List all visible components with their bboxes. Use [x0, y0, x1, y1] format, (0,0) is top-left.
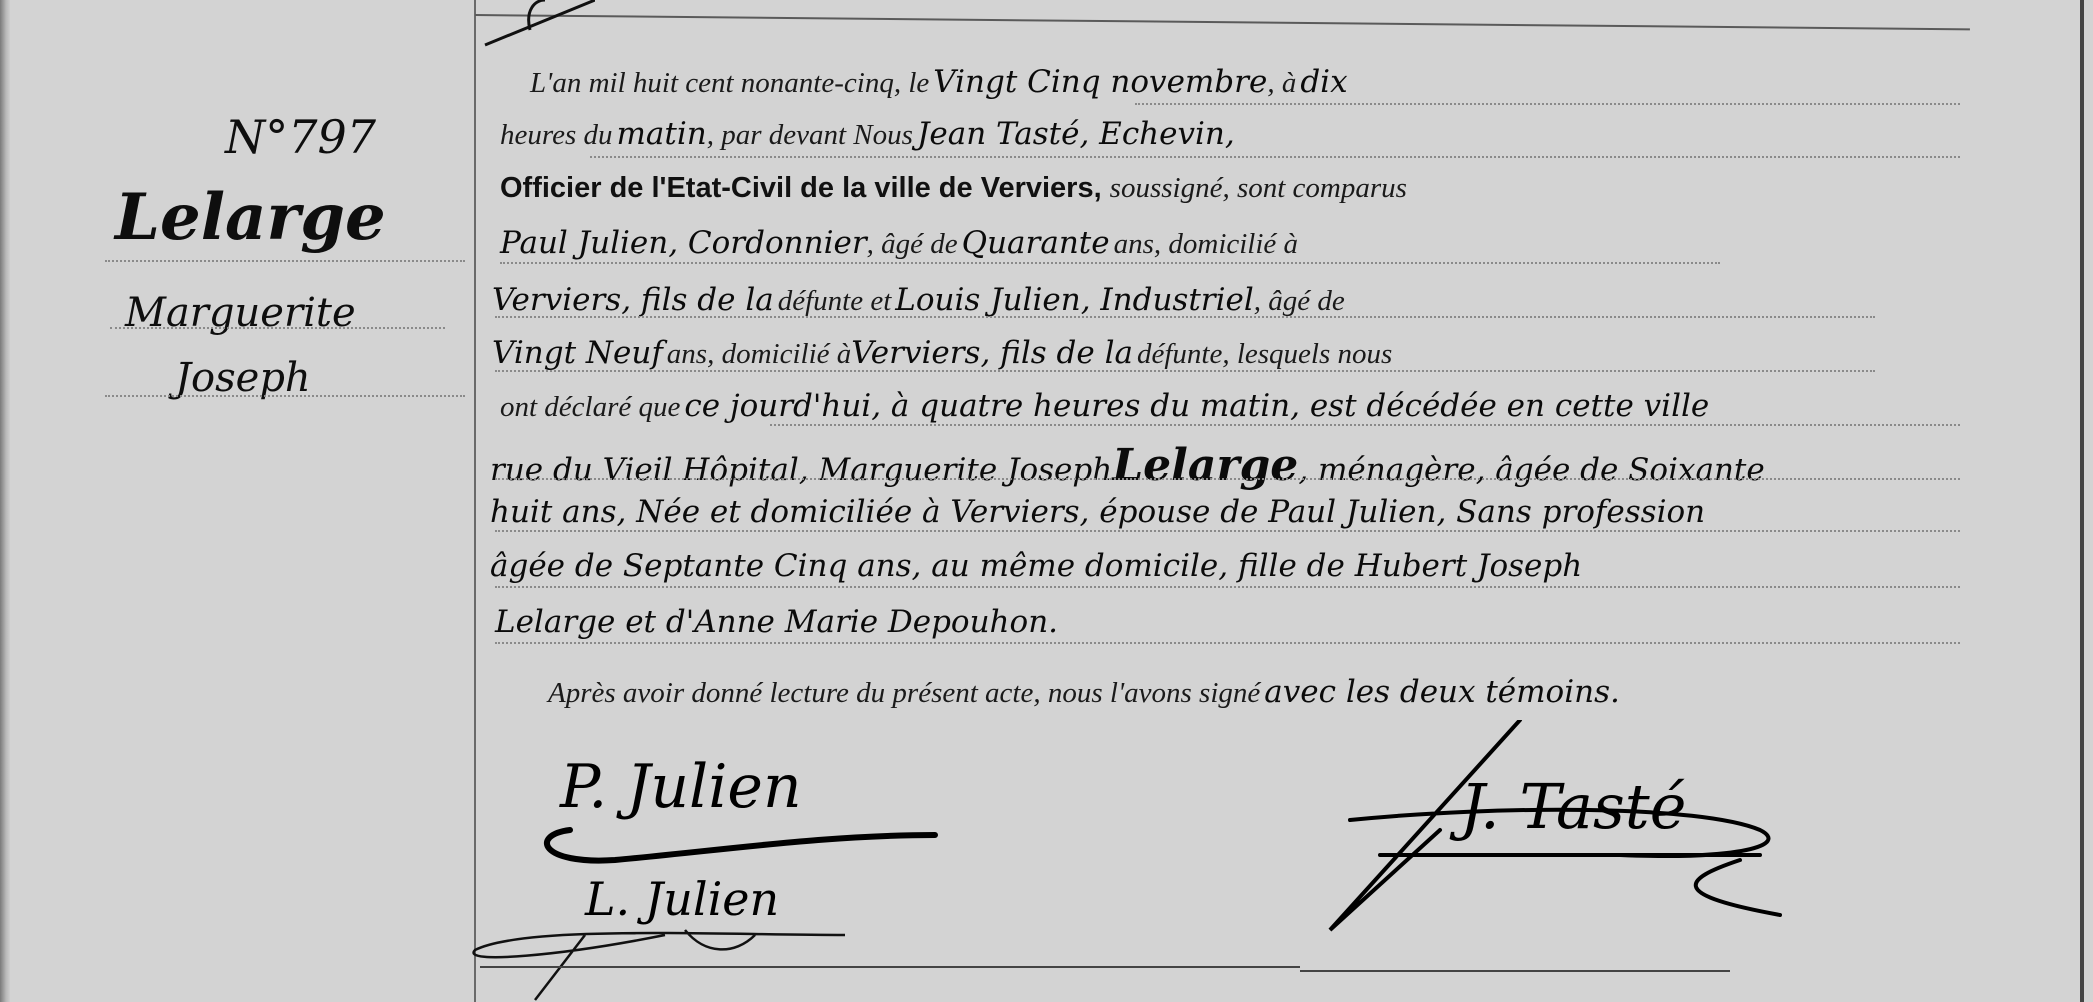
- signature-loop-flourish: [465, 895, 865, 1002]
- dotted-rule: [590, 156, 1960, 158]
- officer-title: Officier de l'Etat-Civil de la ville de …: [500, 172, 1102, 204]
- page-right-border: [2080, 0, 2084, 1002]
- dotted-rule: [495, 586, 1960, 588]
- dotted-rule: [110, 327, 445, 329]
- record-line-11: Lelarge et d'Anne Marie Depouhon.: [495, 604, 1058, 640]
- signature-baseline-right: [1300, 970, 1730, 972]
- dotted-rule: [1135, 103, 1960, 105]
- signature-underline-flourish: [525, 800, 945, 870]
- dotted-rule: [105, 260, 465, 262]
- dotted-rule: [495, 530, 1960, 532]
- dotted-rule: [105, 395, 465, 397]
- previous-record-end-line: [475, 14, 1970, 30]
- signature-taste-flourish: [1320, 720, 1840, 950]
- closing-statement: Après avoir donné lecture du présent act…: [548, 674, 1620, 710]
- record-line-7: ont déclaré que ce jourd'hui, à quatre h…: [500, 388, 1709, 424]
- margin-surname: Lelarge: [115, 180, 386, 255]
- dotted-rule: [495, 642, 1960, 644]
- acte-number: N°797: [225, 110, 376, 164]
- signature-baseline-left: [480, 966, 1300, 968]
- declarant-1: Paul Julien, Cordonnier: [500, 225, 867, 261]
- dotted-rule: [500, 262, 1720, 264]
- handwritten-officer: Jean Tasté, Echevin,: [917, 116, 1235, 152]
- dotted-rule: [495, 478, 1960, 480]
- handwritten-time: matin: [617, 116, 707, 152]
- civil-registry-page: N°797 Lelarge Marguerite Joseph L'an mil…: [0, 0, 2093, 1002]
- record-line-3: Officier de l'Etat-Civil de la ville de …: [500, 172, 1407, 205]
- dotted-rule: [770, 424, 1960, 426]
- declarant-1-age: Quarante: [962, 225, 1110, 261]
- record-line-1: L'an mil huit cent nonante-cinq, le Ving…: [530, 64, 1348, 100]
- declarant-2: Louis Julien, Industriel: [895, 282, 1254, 318]
- handwritten-date: Vingt Cinq novembre: [933, 64, 1267, 100]
- record-line-2: heures du matin, par devant Nous Jean Ta…: [500, 116, 1235, 152]
- dotted-rule: [495, 370, 1875, 372]
- margin-given-name-1: Marguerite: [125, 290, 356, 336]
- record-line-8: rue du Vieil Hôpital, Marguerite JosephL…: [490, 440, 1765, 491]
- margin-divider-line: [474, 0, 476, 1002]
- record-line-4: Paul Julien, Cordonnier, âgé de Quarante…: [500, 225, 1298, 261]
- dotted-rule: [495, 316, 1875, 318]
- record-line-5: Verviers, fils de la défunte et Louis Ju…: [492, 282, 1345, 318]
- death-statement: ce jourd'hui, à quatre heures du matin, …: [684, 388, 1709, 424]
- deceased-surname: Lelarge: [1112, 440, 1298, 491]
- parents-names: Lelarge et d'Anne Marie Depouhon.: [495, 604, 1058, 640]
- record-line-10: âgée de Septante Cinq ans, au même domic…: [490, 548, 1582, 584]
- page-binding-edge: [0, 0, 10, 1002]
- handwritten-hour: dix: [1300, 64, 1347, 100]
- record-line-6: Vingt Neuf ans, domicilié àVerviers, fil…: [492, 335, 1392, 371]
- record-line-9: huit ans, Née et domiciliée à Verviers, …: [490, 494, 1705, 530]
- previous-signature-fragment: [475, 0, 595, 55]
- declarant-2-age: Vingt Neuf: [492, 335, 663, 371]
